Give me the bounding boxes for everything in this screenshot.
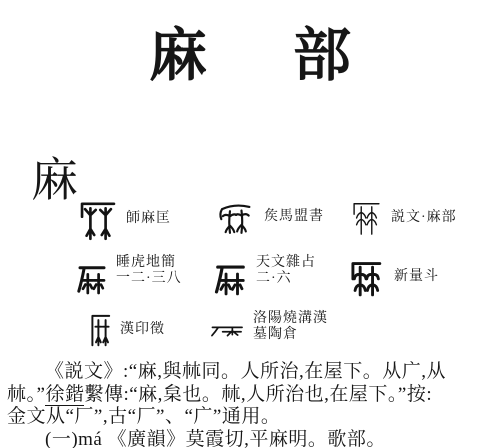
glyph-group-luoyang-granary: 洛陽燒溝漢 墓陶倉	[210, 311, 328, 343]
glyph-source-label: 洛陽燒溝漢 墓陶倉	[253, 311, 328, 343]
commentary-line-2: 𣏟。”徐鍇繫傳:“麻,枲也。𣏟,人所治也,在屋下。”按:	[7, 384, 495, 407]
glyph-group-shuihudi-slips: 睡虎地簡 一二·三八	[77, 255, 182, 297]
headword-ma: 麻	[31, 158, 78, 205]
glyph-group-han-seal: 漢印徵	[90, 313, 165, 347]
glyph-source-label: 漢印徵	[120, 322, 165, 338]
brush-written-glyph	[210, 321, 244, 340]
han-seal-glyph	[90, 313, 111, 347]
shuowen-commentary: 《説文》:“麻,與𣏟同。人所治,在屋下。从广,从 𣏟。”徐鍇繫傳:“麻,枲也。𣏟…	[7, 361, 495, 448]
commentary-line-3: 金文从“厂”,古“厂”、“广”通用。	[7, 406, 495, 429]
houma-covenant-glyph	[215, 199, 255, 235]
glyph-group-shuowen-seal: 説文·麻部	[351, 195, 457, 241]
clerical-script-glyph	[214, 262, 247, 297]
clerical-script-glyph	[77, 262, 107, 297]
glyph-group-shi-ma-kuang: 師麻匡	[79, 196, 171, 242]
glyph-group-xin-liang-dou: 新量斗	[347, 257, 439, 297]
glyph-group-houma-mengshu: 矦馬盟書	[215, 199, 324, 235]
glyph-source-label: 説文·麻部	[391, 210, 457, 226]
commentary-line-2-pre: 𣏟。”	[7, 384, 45, 405]
glyph-source-label: 新量斗	[394, 269, 439, 285]
bronze-script-glyph	[79, 196, 117, 242]
dictionary-page: 麻 部 麻 師麻匡 矦馬盟書 説	[0, 0, 500, 448]
glyph-group-tianwen-zazhan: 天文雜占 二·六	[214, 255, 316, 297]
glyph-source-label: 矦馬盟書	[264, 209, 324, 225]
seal-script-glyph	[347, 257, 385, 297]
glyph-source-label: 睡虎地簡 一二·三八	[116, 255, 182, 287]
glyph-source-label: 天文雜占 二·六	[256, 255, 316, 287]
commentary-line-1: 《説文》:“麻,與𣏟同。人所治,在屋下。从广,从	[7, 361, 495, 384]
small-seal-glyph	[351, 195, 382, 241]
proper-noun-xu-kai: 徐鍇	[45, 384, 84, 406]
pronunciation-entry-clipped: (一)má 《廣韻》莫霞切,平麻明。歌部。	[7, 429, 495, 448]
section-title: 麻 部	[0, 24, 500, 88]
title-char-bu: 部	[293, 24, 351, 88]
title-char-ma: 麻	[149, 24, 207, 88]
commentary-line-2-post: 繫傳:“麻,枲也。𣏟,人所治也,在屋下。”按:	[84, 384, 432, 405]
glyph-source-label: 師麻匡	[126, 211, 171, 227]
